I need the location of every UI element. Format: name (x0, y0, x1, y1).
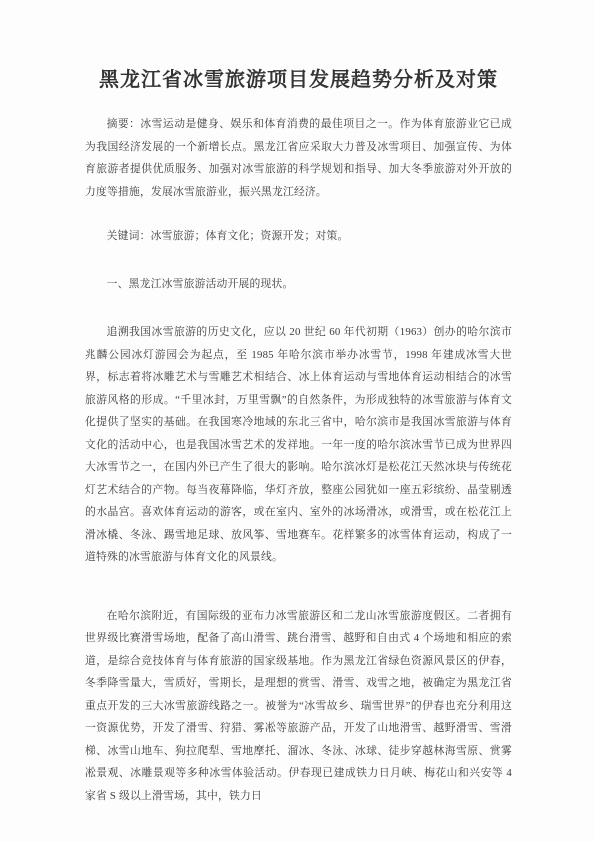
body-paragraph: 在哈尔滨附近，有国际级的亚布力冰雪旅游区和二龙山冰雪旅游度假区。二者拥有世界级比… (85, 605, 512, 808)
document-title: 黑龙江省冰雪旅游项目发展趋势分析及对策 (85, 66, 512, 95)
keywords-line: 关键词：冰雪旅游；体育文化；资源开发；对策。 (85, 225, 512, 248)
document-page: 黑龙江省冰雪旅游项目发展趋势分析及对策 摘要：冰雪运动是健身、娱乐和体育消费的最… (0, 0, 595, 842)
abstract-paragraph: 摘要：冰雪运动是健身、娱乐和体育消费的最佳项目之一。作为体育旅游业它已成为我国经… (85, 113, 512, 203)
section-heading: 一、黑龙江冰雪旅游活动开展的现状。 (85, 273, 512, 296)
body-paragraph: 追溯我国冰雪旅游的历史文化，应以 20 世纪 60 年代初期（1963）创办的哈… (85, 321, 512, 569)
